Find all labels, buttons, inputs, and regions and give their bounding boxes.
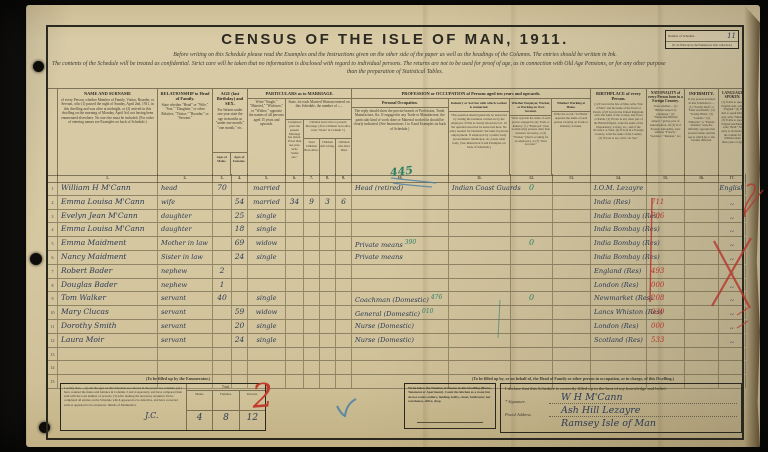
cell-name: William H M'Cann — [58, 182, 158, 195]
cell-children-living — [320, 279, 336, 292]
cell-children-living — [320, 320, 336, 333]
cell-age-f — [232, 279, 248, 292]
table-row: 6Nancy MaidmentSister in law24singlePriv… — [48, 251, 742, 265]
cell-relationship: daughter — [158, 210, 213, 223]
cell-language: ,, — [719, 292, 746, 305]
schedule-number-label: Number of Schedule — [668, 34, 694, 38]
cell-occupation — [352, 348, 449, 361]
cell-num: 10 — [48, 306, 58, 319]
cell-children-born — [304, 292, 320, 305]
cell-industry — [449, 251, 511, 264]
cell-infirmity — [685, 182, 719, 195]
totals-females-value: 8 — [213, 411, 239, 431]
cell-employer-mark — [511, 196, 553, 209]
cell-children-living — [320, 361, 336, 374]
cell-children-living — [320, 306, 336, 319]
cell-industry: Indian Coast Guards — [449, 182, 511, 195]
cell-language — [719, 348, 746, 361]
cell-marital: single — [248, 210, 286, 223]
cell-at-home — [553, 361, 591, 374]
cell-industry — [449, 348, 511, 361]
cell-at-home — [553, 223, 591, 236]
cell-children-living — [320, 251, 336, 264]
cell-children-born — [304, 251, 320, 264]
cell-children-living — [320, 292, 336, 305]
cell-birthplace: I.O.M. Lezayre — [591, 182, 647, 195]
cell-marital — [248, 348, 286, 361]
cell-children-died — [336, 320, 352, 333]
cell-children-died — [336, 361, 352, 374]
cell-age-f: 24 — [232, 251, 248, 264]
header-years-married: Completed years the present Marriage has… — [286, 120, 304, 175]
cell-children-born — [304, 334, 320, 347]
cell-name: Douglas Bader — [58, 279, 158, 292]
column-number: 15. — [647, 174, 685, 182]
cell-at-home — [553, 265, 591, 278]
cell-marital: widow — [248, 237, 286, 250]
cell-nationality-code — [647, 237, 685, 250]
cell-employer-mark — [511, 223, 553, 236]
cell-relationship: servant — [158, 320, 213, 333]
cell-children-born — [304, 348, 320, 361]
header-personal-occupation: Personal Occupation. The reply should sh… — [352, 99, 449, 175]
cell-name: Evelyn Jean M'Cann — [58, 210, 158, 223]
cell-language: ,, — [719, 210, 746, 223]
cell-at-home — [553, 320, 591, 333]
cell-relationship: wife — [158, 196, 213, 209]
enumerator-certificate-box: I certify that:— (1) All the ages on thi… — [60, 383, 266, 431]
instruction-line-1: Before writing on this Schedule please r… — [48, 52, 742, 58]
cell-occupation: Nurse (Domestic) — [352, 334, 449, 347]
totals-table: Total. Males. Females. Persons. 4 8 12 — [187, 384, 265, 430]
cell-children-living — [320, 334, 336, 347]
cell-num: 6 — [48, 251, 58, 264]
cell-age-f — [232, 361, 248, 374]
cell-nationality-code — [647, 348, 685, 361]
cell-industry — [449, 223, 511, 236]
cell-at-home — [553, 279, 591, 292]
cell-children-died — [336, 265, 352, 278]
column-number: 12. — [511, 174, 553, 182]
table-row: 14 — [48, 361, 742, 375]
table-row: 11Dorothy Smithservant20singleNurse (Dom… — [48, 320, 742, 334]
cell-age-m — [213, 237, 232, 250]
cell-relationship: Sister in law — [158, 251, 213, 264]
cell-name: Laura Moir — [58, 334, 158, 347]
cell-nationality-code — [647, 223, 685, 236]
cell-occupation — [352, 223, 449, 236]
cell-name — [58, 361, 158, 374]
schedule-number-note: (To be filled up by the Enumerator after… — [666, 42, 738, 48]
cell-years-married — [286, 223, 304, 236]
cell-num: 9 — [48, 292, 58, 305]
cell-infirmity — [685, 251, 719, 264]
cell-employer-mark: 0 — [511, 292, 553, 305]
header-birthplace: BIRTHPLACE of every Person. (1) If born … — [591, 89, 647, 175]
cell-infirmity — [685, 210, 719, 223]
cell-infirmity — [685, 306, 719, 319]
cell-nationality-code: 711 — [647, 196, 685, 209]
header-name: NAME AND SURNAME of every Person, whethe… — [58, 89, 158, 175]
cell-employer-mark — [511, 361, 553, 374]
cell-age-m — [213, 251, 232, 264]
cell-name: Emma Louisa M'Cann — [58, 223, 158, 236]
column-number-blank — [48, 174, 58, 182]
cell-years-married — [286, 237, 304, 250]
cell-children-born — [304, 361, 320, 374]
cell-industry — [449, 292, 511, 305]
cell-age-f: 54 — [232, 196, 248, 209]
cell-at-home — [553, 292, 591, 305]
cell-children-born — [304, 223, 320, 236]
cell-years-married — [286, 334, 304, 347]
cell-num: 5 — [48, 237, 58, 250]
cell-occupation: Private means390 — [352, 237, 449, 250]
cell-years-married — [286, 251, 304, 264]
table-row: 8Douglas Badernephew1London (Res)000,, — [48, 279, 742, 293]
cell-language: ,, — [719, 334, 746, 347]
instruction-line-2: The contents of the Schedule will be tre… — [48, 61, 742, 67]
table-row: 3Evelyn Jean M'Canndaughter25singleIndia… — [48, 210, 742, 224]
cell-employer-mark: 0 — [511, 237, 553, 250]
cell-employer-mark — [511, 265, 553, 278]
cell-children-died — [336, 292, 352, 305]
address-label: Postal Address. — [505, 412, 549, 417]
column-number: 11. — [449, 174, 511, 182]
cell-age-m — [213, 210, 232, 223]
cell-children-living — [320, 237, 336, 250]
cell-language: ,, — [719, 237, 746, 250]
cell-nationality-code — [647, 361, 685, 374]
cell-name: Tom Walker — [58, 292, 158, 305]
cell-children-born — [304, 306, 320, 319]
cell-name: Mary Clucas — [58, 306, 158, 319]
table-row: 1William H M'Cannhead70marriedHead (reti… — [48, 182, 742, 196]
column-number: 13. — [553, 174, 591, 182]
column-number: 1. — [58, 174, 158, 182]
totals-males-value: 4 — [187, 411, 213, 431]
cell-num: 13 — [48, 348, 58, 361]
cell-age-m: 2 — [213, 265, 232, 278]
cell-birthplace: India (Res) — [591, 196, 647, 209]
cell-num: 3 — [48, 210, 58, 223]
cell-marital: single — [248, 223, 286, 236]
cell-employer-mark — [511, 334, 553, 347]
cell-years-married — [286, 265, 304, 278]
cell-employer-mark — [511, 210, 553, 223]
cell-age-f: 59 — [232, 306, 248, 319]
green-annotation: 390 — [405, 239, 416, 246]
cell-birthplace: India Bombay (Res) — [591, 210, 647, 223]
cell-children-living: 3 — [320, 196, 336, 209]
cell-infirmity — [685, 334, 719, 347]
table-row: 5Emma MaidmentMother in law69widowPrivat… — [48, 237, 742, 251]
cell-children-born — [304, 265, 320, 278]
header-children-died: Children who have Died. — [336, 139, 352, 175]
schedule-number-value: 11 — [727, 32, 736, 40]
cell-name: Emma Maidment — [58, 237, 158, 250]
cell-infirmity — [685, 279, 719, 292]
cell-children-living — [320, 348, 336, 361]
cell-occupation — [352, 361, 449, 374]
cell-at-home — [553, 306, 591, 319]
green-annotation: 010 — [422, 308, 433, 315]
cell-language: ,, — [719, 320, 746, 333]
cell-language: English — [719, 182, 746, 195]
cell-birthplace: England (Res) — [591, 265, 647, 278]
cell-occupation: Coachman (Domestic)476 — [352, 292, 449, 305]
table-row: 13 — [48, 348, 742, 362]
rooms-count-box: Write below the Number of Rooms in this … — [404, 383, 496, 429]
cell-industry — [449, 279, 511, 292]
cell-occupation — [352, 210, 449, 223]
cell-at-home — [553, 182, 591, 195]
column-number: 5. — [248, 174, 286, 182]
address-value-1: Ash Hill Lezayre — [549, 405, 737, 417]
header-working-at-home: Whether Working at Home. Write the words… — [552, 99, 590, 175]
cell-num: 4 — [48, 223, 58, 236]
cell-industry — [449, 237, 511, 250]
cell-age-m — [213, 361, 232, 374]
table-row: 10Mary Clucasservant59widowGeneral (Dome… — [48, 306, 742, 320]
cell-relationship — [158, 361, 213, 374]
cell-age-m — [213, 196, 232, 209]
cell-employer-mark — [511, 320, 553, 333]
cell-children-born — [304, 320, 320, 333]
cell-num: 7 — [48, 265, 58, 278]
declaration-text: I declare that this Schedule is correctl… — [505, 386, 737, 391]
column-number: 3. — [213, 174, 232, 182]
cell-at-home — [553, 196, 591, 209]
cell-children-born — [304, 279, 320, 292]
cell-children-born — [304, 237, 320, 250]
schedule-number-box: Number of Schedule 11 (To be filled up b… — [665, 30, 739, 49]
cell-infirmity — [685, 348, 719, 361]
cell-years-married — [286, 348, 304, 361]
cell-occupation — [352, 265, 449, 278]
column-number: 9. — [336, 174, 352, 182]
cell-birthplace: Scotland (Res) — [591, 334, 647, 347]
header-ages-females: Ages of Females. — [231, 153, 247, 175]
cell-industry — [449, 320, 511, 333]
cell-infirmity — [685, 196, 719, 209]
cell-years-married — [286, 292, 304, 305]
cell-marital — [248, 279, 286, 292]
column-number: 2. — [158, 174, 213, 182]
signature-value: W H M'Cann — [549, 392, 737, 404]
cell-industry — [449, 334, 511, 347]
table-body: 1William H M'Cannhead70marriedHead (reti… — [48, 182, 742, 389]
cell-at-home — [553, 210, 591, 223]
cell-birthplace: Newmarket (Res) — [591, 292, 647, 305]
cell-children-born — [304, 182, 320, 195]
cell-industry — [449, 361, 511, 374]
cell-nationality-code: 000 — [647, 320, 685, 333]
cell-children-living — [320, 265, 336, 278]
cell-employer-mark — [511, 279, 553, 292]
cell-age-f: 20 — [232, 320, 248, 333]
cell-marital: married — [248, 196, 286, 209]
cell-age-m — [213, 306, 232, 319]
cell-birthplace: Lancs Whiston (Res) — [591, 306, 647, 319]
cell-infirmity — [685, 292, 719, 305]
cell-language: ,, — [719, 251, 746, 264]
table-row: 7Robert Badernephew2England (Res)493,, — [48, 265, 742, 279]
cell-birthplace — [591, 348, 647, 361]
totals-females-label: Females. — [213, 391, 239, 411]
cell-children-died — [336, 348, 352, 361]
cell-marital: single — [248, 251, 286, 264]
totals-title: Total. — [187, 384, 265, 391]
cell-birthplace: India Bombay (Res) — [591, 223, 647, 236]
totals-males-label: Males. — [187, 391, 213, 411]
head-of-family-section-label: (To be filled up by, or on behalf of, th… — [404, 376, 742, 381]
table-row: 2Emma Louisa M'Cannwife54married34936Ind… — [48, 196, 742, 210]
column-number: 7. — [304, 174, 320, 182]
cell-relationship: nephew — [158, 265, 213, 278]
punch-hole — [30, 253, 42, 265]
cell-children-living — [320, 182, 336, 195]
cell-relationship: servant — [158, 292, 213, 305]
cell-age-m: 1 — [213, 279, 232, 292]
cell-num: 14 — [48, 361, 58, 374]
header-children-living: Children still Living. — [320, 139, 336, 175]
cell-age-f — [232, 292, 248, 305]
cell-num: 11 — [48, 320, 58, 333]
cell-at-home — [553, 237, 591, 250]
cell-years-married — [286, 182, 304, 195]
cell-name: Nancy Maidment — [58, 251, 158, 264]
torn-paper-edge — [744, 5, 760, 447]
cell-num: 1 — [48, 182, 58, 195]
column-number: 10. — [352, 174, 449, 182]
cell-language: ,, — [719, 306, 746, 319]
cell-relationship: Mother in law — [158, 237, 213, 250]
header-relationship: RELATIONSHIP to Head of Family. State wh… — [158, 89, 213, 175]
address-value-2: Ramsey Isle of Man — [549, 418, 737, 429]
cell-years-married — [286, 210, 304, 223]
cell-children-died — [336, 182, 352, 195]
cell-children-died — [336, 251, 352, 264]
cell-age-f — [232, 348, 248, 361]
cell-age-f — [232, 182, 248, 195]
cell-age-m — [213, 320, 232, 333]
schedule-border-frame: CENSUS OF THE ISLE OF MAN, 1911. Number … — [46, 25, 744, 440]
cell-birthplace: India Bombay (Res) — [591, 251, 647, 264]
header-nationality: NATIONALITY of every Person born in a Fo… — [647, 89, 685, 175]
cell-nationality-code: 208 — [647, 292, 685, 305]
cell-nationality-code: 030 — [647, 306, 685, 319]
cell-industry — [449, 210, 511, 223]
cell-marital — [248, 265, 286, 278]
cell-age-f: 24 — [232, 334, 248, 347]
cell-relationship: servant — [158, 306, 213, 319]
cell-age-m: 40 — [213, 292, 232, 305]
cell-relationship: servant — [158, 334, 213, 347]
cell-marital: single — [248, 320, 286, 333]
cell-children-died — [336, 223, 352, 236]
cell-occupation: Nurse (Domestic) — [352, 320, 449, 333]
enumerator-section-label: (To be filled up by the Enumerator.) — [78, 376, 278, 381]
table-row: 12Laura Moirservant24singleNurse (Domest… — [48, 334, 742, 348]
cell-children-living — [320, 210, 336, 223]
column-number: 6. — [286, 174, 304, 182]
cell-children-died — [336, 210, 352, 223]
cell-marital: single — [248, 334, 286, 347]
cell-age-m — [213, 223, 232, 236]
column-number: 14. — [591, 174, 647, 182]
cell-nationality-code: 706 — [647, 210, 685, 223]
cell-employer-mark — [511, 306, 553, 319]
header-marital-status: Write "Single," "Married," "Widower," or… — [248, 99, 286, 175]
cell-age-m — [213, 348, 232, 361]
cell-infirmity — [685, 265, 719, 278]
cell-age-m: 70 — [213, 182, 232, 195]
cell-nationality-code — [647, 182, 685, 195]
cell-children-died — [336, 237, 352, 250]
signature-label: * Signature. — [505, 399, 549, 404]
cell-name: Robert Bader — [58, 265, 158, 278]
header-rownum — [48, 89, 58, 175]
header-marriage: PARTICULARS as to MARRIAGE. Write "Singl… — [248, 89, 352, 175]
cell-marital — [248, 361, 286, 374]
cell-children-died: 6 — [336, 196, 352, 209]
cell-at-home — [553, 251, 591, 264]
cell-employer-mark: 0 — [511, 182, 553, 195]
cell-occupation: Head (retired) — [352, 182, 449, 195]
cell-industry — [449, 306, 511, 319]
cell-years-married — [286, 306, 304, 319]
cell-relationship — [158, 348, 213, 361]
cell-children-died — [336, 306, 352, 319]
cell-age-f: 18 — [232, 223, 248, 236]
cell-infirmity — [685, 223, 719, 236]
cell-marital: married — [248, 182, 286, 195]
header-ages-males: Ages of Males. — [213, 153, 231, 175]
totals-persons-label: Persons. — [240, 391, 265, 411]
cell-num: 8 — [48, 279, 58, 292]
cell-years-married — [286, 279, 304, 292]
column-number: 16. — [685, 174, 719, 182]
cell-occupation — [352, 279, 449, 292]
cell-num: 2 — [48, 196, 58, 209]
screenshot-background: CENSUS OF THE ISLE OF MAN, 1911. Number … — [0, 0, 768, 452]
column-number: 8. — [320, 174, 336, 182]
punch-hole — [33, 61, 44, 72]
cell-nationality-code: 533 — [647, 334, 685, 347]
document-title: CENSUS OF THE ISLE OF MAN, 1911. — [48, 31, 742, 48]
cell-birthplace: London (Res) — [591, 320, 647, 333]
cell-birthplace: London (Res) — [591, 279, 647, 292]
header-language: LANGUAGE SPOKEN. (1) If able to speak En… — [719, 89, 746, 175]
enumerator-certificate-text: I certify that:— (1) All the ages on thi… — [61, 384, 187, 430]
cell-age-m — [213, 334, 232, 347]
cell-relationship: nephew — [158, 279, 213, 292]
instruction-line-3: than the preparation of Statistical Tabl… — [48, 69, 742, 75]
header-profession: PROFESSION or OCCUPATION of Persons aged… — [352, 89, 591, 175]
cell-age-f: 69 — [232, 237, 248, 250]
cell-birthplace — [591, 361, 647, 374]
table-row: 4Emma Louisa M'Canndaughter18singleIndia… — [48, 223, 742, 237]
cell-years-married: 34 — [286, 196, 304, 209]
green-annotation: 476 — [431, 294, 442, 301]
cell-years-married — [286, 320, 304, 333]
cell-occupation: Private means — [352, 251, 449, 264]
cell-language: ,, — [719, 223, 746, 236]
totals-persons-value: 12 — [240, 411, 265, 431]
cell-employer-mark — [511, 348, 553, 361]
cell-nationality-code — [647, 251, 685, 264]
